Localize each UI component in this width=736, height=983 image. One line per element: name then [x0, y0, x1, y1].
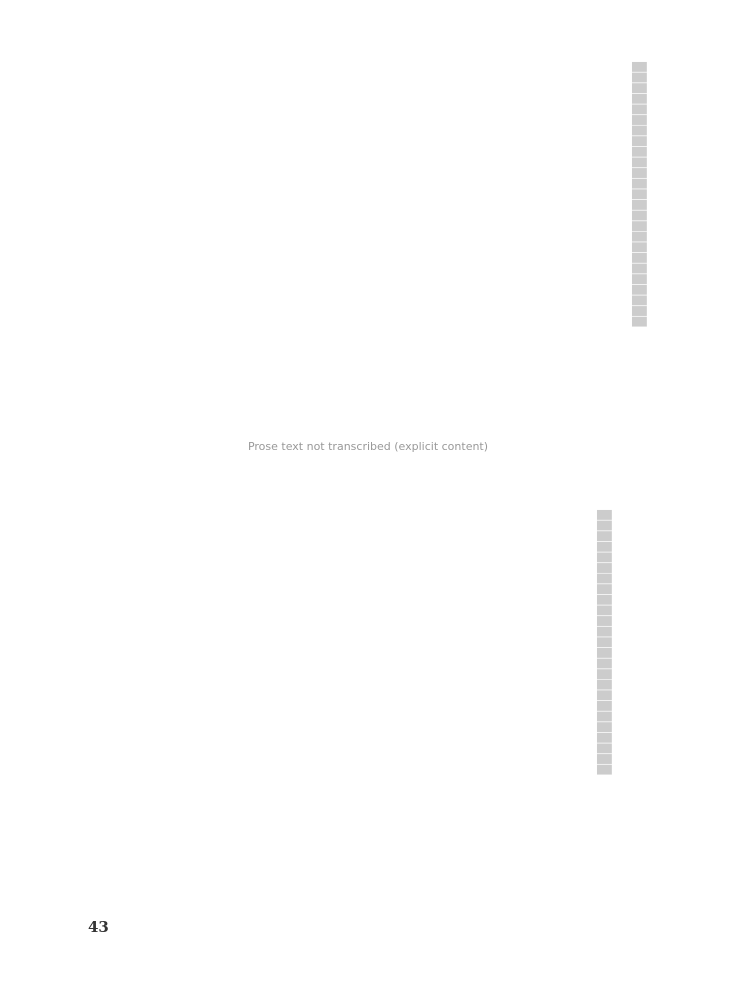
content-notice: Prose text not transcribed (explicit con… — [60, 440, 676, 453]
text-placeholder: █████████████████████████ — [594, 510, 615, 910]
text-block-lower: █████████████████████████ — [145, 510, 615, 910]
text-placeholder: █████████████████████████ — [629, 62, 650, 482]
text-block-upper: █████████████████████████ — [180, 62, 650, 482]
page-number: 43 — [88, 918, 109, 936]
